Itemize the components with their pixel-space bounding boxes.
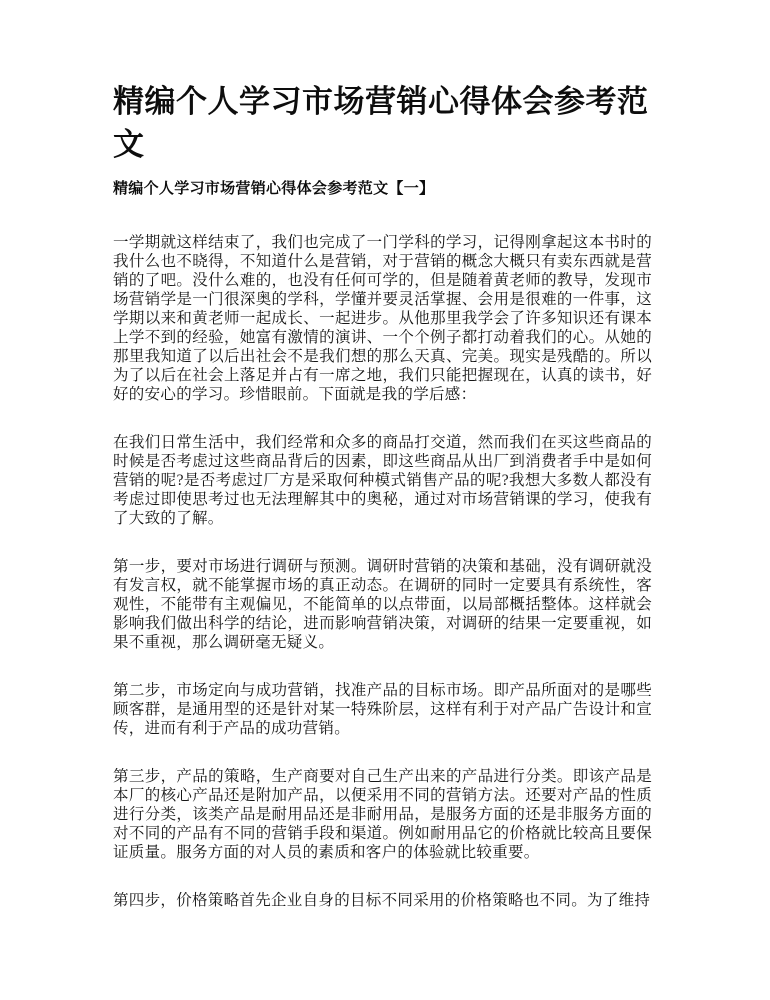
- document-page: 精编个人学习市场营销心得体会参考范文 精编个人学习市场营销心得体会参考范文【一】…: [0, 0, 770, 1000]
- document-body: 一学期就这样结束了，我们也完成了一门学科的学习，记得刚拿起这本书时的我什么也不晓…: [113, 233, 652, 910]
- section-heading: 精编个人学习市场营销心得体会参考范文【一】: [113, 180, 652, 199]
- paragraph-step-1: 第一步，要对市场进行调研与预测。调研时营销的决策和基础，没有调研就没有发言权，就…: [113, 557, 652, 652]
- paragraph-step-4: 第四步，价格策略首先企业自身的目标不同采用的价格策略也不同。为了维持: [113, 891, 652, 910]
- paragraph-step-3: 第三步，产品的策略，生产商要对自己生产出来的产品进行分类。即该产品是本厂的核心产…: [113, 767, 652, 862]
- paragraph-intro: 一学期就这样结束了，我们也完成了一门学科的学习，记得刚拿起这本书时的我什么也不晓…: [113, 233, 652, 404]
- paragraph-daily-life: 在我们日常生活中，我们经常和众多的商品打交道，然而我们在买这些商品的时候是否考虑…: [113, 433, 652, 528]
- document-title: 精编个人学习市场营销心得体会参考范文: [113, 80, 652, 166]
- paragraph-step-2: 第二步，市场定向与成功营销，找准产品的目标市场。即产品所面对的是哪些顾客群，是通…: [113, 681, 652, 738]
